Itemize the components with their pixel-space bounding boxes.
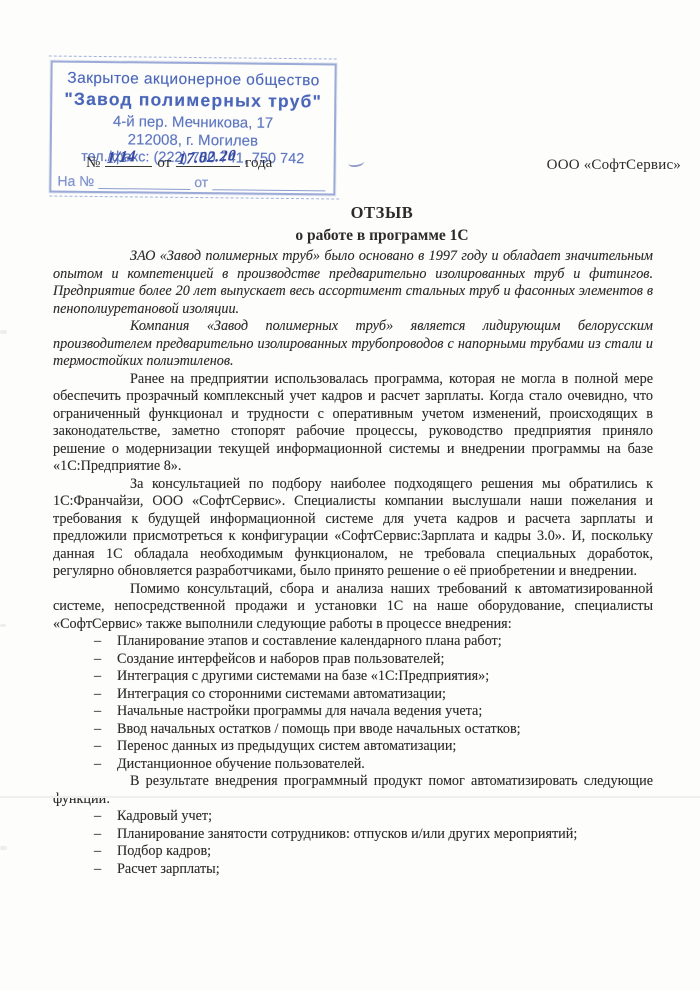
- list-item: Интеграция с другими системами на базе «…: [53, 668, 653, 686]
- page-title: ОТЗЫВ: [64, 203, 700, 223]
- automated-functions-list: Кадровый учет;Планирование занятости сот…: [53, 808, 653, 878]
- page-subtitle: о работе в программе 1С: [64, 227, 700, 245]
- scanned-document-page: Закрытое акционерное общество "Завод пол…: [0, 0, 700, 990]
- paragraph-results-intro: В результате внедрения программный проду…: [53, 773, 653, 808]
- stamp-org-name: "Завод полимерных труб": [52, 89, 334, 113]
- list-item: Создание интерфейсов и наборов прав поль…: [53, 651, 653, 669]
- paragraph-company-founded: ЗАО «Завод полимерных труб» было основан…: [53, 248, 653, 318]
- handwritten-ref-number: 1/14: [107, 148, 137, 168]
- ref-from-label: от: [157, 155, 171, 171]
- ref-number-label: №: [86, 155, 100, 171]
- paragraph-consultation: За консультацией по подбору наиболее под…: [53, 476, 653, 581]
- list-item: Расчет зарплаты;: [53, 861, 653, 879]
- stamp-incoming-label: На №: [57, 173, 94, 189]
- stamp-address: 4-й пер. Мечникова, 17: [52, 113, 334, 133]
- company-stamp: Закрытое акционерное общество "Завод пол…: [49, 61, 336, 196]
- ref-date-blank: 17.02.20: [176, 152, 240, 167]
- ref-number-blank: 1/14: [105, 152, 152, 167]
- paragraph-works-intro: Помимо консультаций, сбора и анализа наш…: [53, 581, 653, 634]
- list-item: Начальные настройки программы для начала…: [53, 703, 653, 721]
- list-item: Дистанционное обучение пользователей.: [53, 756, 653, 774]
- implementation-works-list: Планирование этапов и составление календ…: [53, 633, 653, 773]
- paragraph-company-leader: Компания «Завод полимерных труб» являетс…: [53, 318, 653, 371]
- handwritten-ref-date: 17.02.20: [178, 147, 237, 169]
- scan-smudge: [0, 330, 7, 334]
- scan-smudge: [0, 846, 7, 850]
- document-title-block: ОТЗЫВ о работе в программе 1С: [0, 203, 700, 245]
- handwritten-pen-stroke: [347, 157, 364, 168]
- list-item: Кадровый учет;: [53, 808, 653, 826]
- recipient: ООО «СофтСервис»: [547, 157, 681, 174]
- stamp-incoming-number-blank: [98, 175, 190, 190]
- stamp-incoming-from-label: от: [194, 174, 208, 190]
- list-item: Ввод начальных остатков / помощь при вво…: [53, 721, 653, 739]
- list-item: Планирование этапов и составление календ…: [53, 633, 653, 651]
- paragraph-previous-software: Ранее на предприятии использовалась прог…: [53, 371, 653, 476]
- scan-smudge: [0, 624, 6, 627]
- scan-streak: [0, 796, 700, 798]
- list-item: Подбор кадров;: [53, 843, 653, 861]
- list-item: Планирование занятости сотрудников: отпу…: [53, 826, 653, 844]
- list-item: Перенос данных из предыдущих систем авто…: [53, 738, 653, 756]
- stamp-incoming-line: На № от: [57, 173, 325, 192]
- document-body: ЗАО «Завод полимерных труб» было основан…: [53, 248, 653, 878]
- ref-year-label: года: [245, 155, 272, 171]
- outgoing-reference-line: №1/14от17.02.20года: [86, 152, 272, 172]
- stamp-city: 212008, г. Могилев: [52, 131, 334, 151]
- stamp-incoming-date-blank: [212, 176, 325, 191]
- list-item: Интеграция со сторонними системами автом…: [53, 686, 653, 704]
- stamp-org-type: Закрытое акционерное общество: [52, 70, 334, 91]
